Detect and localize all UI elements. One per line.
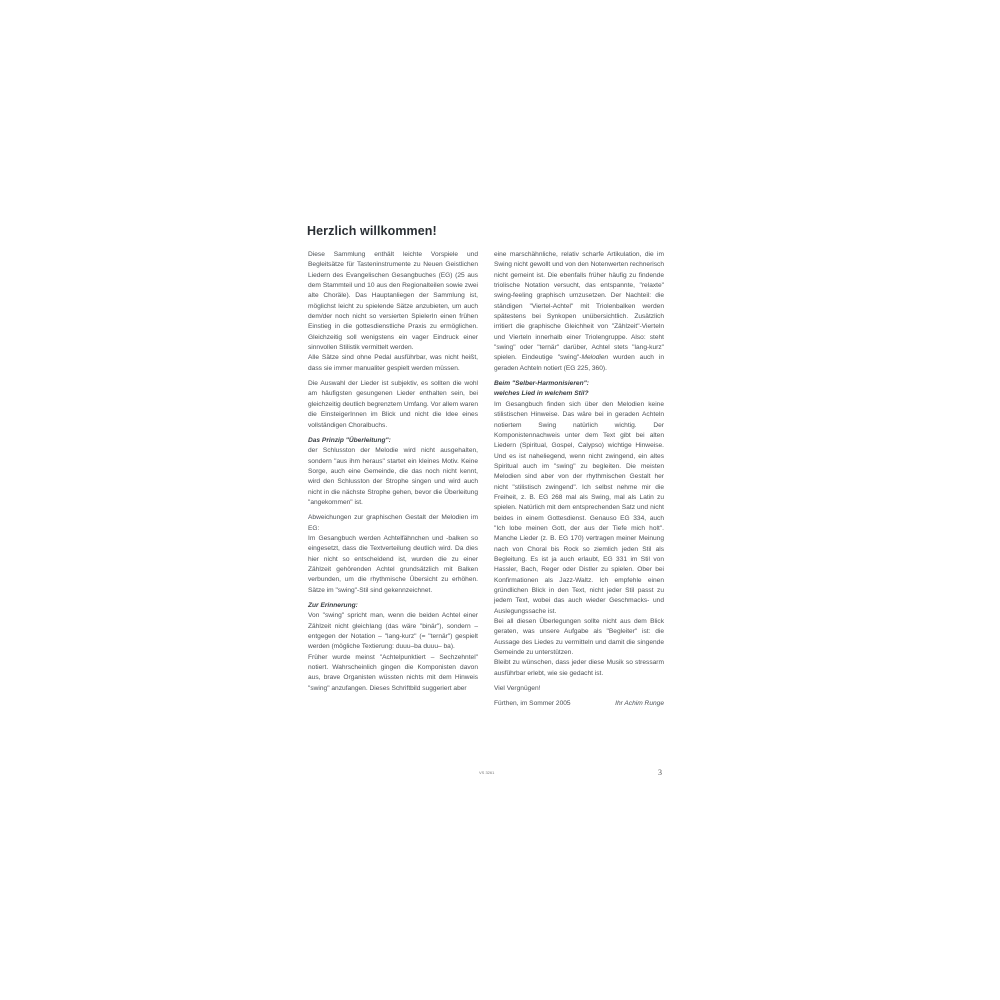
place-date: Fürthen, im Sommer 2005 [494,699,571,709]
pedal-paragraph: Alle Sätze sind ohne Pedal ausführbar, w… [308,353,478,374]
swing-paragraph: Von "swing" spricht man, wenn die beiden… [308,611,478,652]
reflection-paragraph: Bei all diesen Überlegungen sollte nicht… [494,617,664,658]
page-title: Herzlich willkommen! [307,224,437,238]
section-subheading-stil: welches Lied in welchem Stil? [494,389,664,399]
left-column: Diese Sammlung enthält leichte Vorspiele… [308,250,478,694]
section-heading-harmonisieren: Beim "Selber-Harmonisieren": [494,379,664,389]
page-number: 3 [658,768,662,777]
ueberleitung-paragraph: der Schlusston der Melodie wird nicht au… [308,446,478,508]
closing-text: Viel Vergnügen! [494,684,664,694]
deviations-paragraph: Im Gesangbuch werden Achtelfähnchen und … [308,534,478,596]
section-heading-ueberleitung: Das Prinzip "Überleitung": [308,436,478,446]
signature-line: Fürthen, im Sommer 2005 Ihr Achim Runge [494,699,664,709]
style-paragraph: Im Gesangbuch finden sich über den Melod… [494,400,664,617]
publisher-code: VS 3261 [479,770,494,775]
notation-paragraph: Früher wurde meinst "Achtelpunktiert – S… [308,653,478,694]
intro-paragraph: Diese Sammlung enthält leichte Vorspiele… [308,250,478,353]
right-column: eine marschähnliche, relativ scharfe Art… [494,250,664,710]
document-page: Herzlich willkommen! Diese Sammlung enth… [0,0,1000,1000]
section-heading-erinnerung: Zur Erinnerung: [308,601,478,611]
deviations-intro: Abweichungen zur graphischen Gestalt der… [308,513,478,534]
selection-paragraph: Die Auswahl der Lieder ist subjektiv, es… [308,379,478,431]
wish-paragraph: Bleibt zu wünschen, dass jeder diese Mus… [494,658,664,679]
continuation-paragraph: eine marschähnliche, relativ scharfe Art… [494,250,664,374]
author-name: Ihr Achim Runge [615,699,664,709]
